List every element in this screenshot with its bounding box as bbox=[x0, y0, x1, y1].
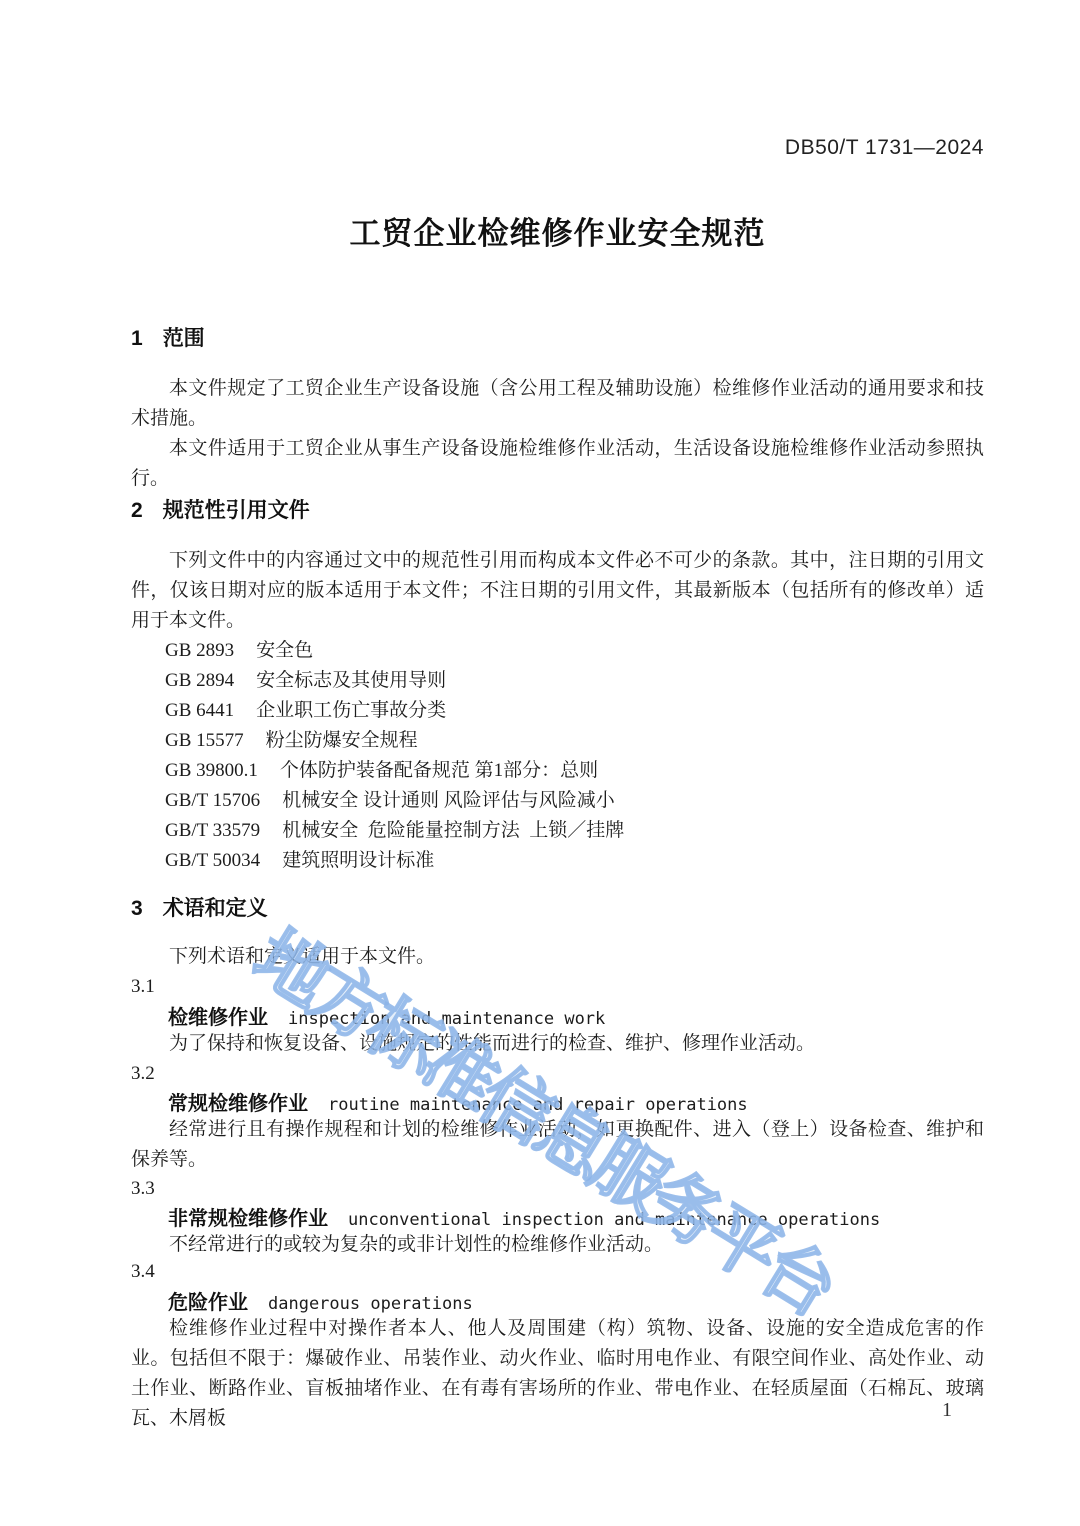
term-3-4-en: dangerous operations bbox=[268, 1294, 473, 1314]
normative-references-list: GB 2893安全色 GB 2894安全标志及其使用导则 GB 6441企业职工… bbox=[131, 636, 984, 876]
reference-item: GB 2894安全标志及其使用导则 bbox=[165, 666, 984, 696]
document-page: DB50/T 1731—2024 工贸企业检维修作业安全规范 1范围 本文件规定… bbox=[0, 0, 1080, 1526]
term-3-1-id: 3.1 bbox=[131, 974, 984, 1000]
term-3-1: 检维修作业inspection and maintenance work bbox=[131, 1001, 984, 1030]
reference-code: GB/T 33579 bbox=[165, 820, 260, 841]
term-3-4: 危险作业dangerous operations bbox=[131, 1286, 984, 1315]
reference-title: 安全标志及其使用导则 bbox=[256, 670, 446, 691]
reference-item: GB 15577粉尘防爆安全规程 bbox=[165, 726, 984, 756]
term-3-2-id: 3.2 bbox=[131, 1061, 984, 1087]
section-1-number: 1 bbox=[131, 327, 143, 350]
term-3-4-id: 3.4 bbox=[131, 1259, 984, 1285]
term-3-3-en: unconventional inspection and maintenanc… bbox=[348, 1210, 880, 1230]
section-3-heading: 3术语和定义 bbox=[131, 892, 984, 922]
term-3-2: 常规检维修作业routine maintenance and repair op… bbox=[131, 1087, 984, 1116]
section-2-heading: 2规范性引用文件 bbox=[131, 494, 984, 524]
section-2-title: 规范性引用文件 bbox=[163, 499, 310, 522]
term-3-3-id: 3.3 bbox=[131, 1176, 984, 1202]
reference-code: GB 15577 bbox=[165, 730, 244, 751]
term-3-1-zh: 检维修作业 bbox=[168, 1007, 268, 1029]
reference-title: 安全色 bbox=[256, 640, 313, 661]
reference-code: GB 39800.1 bbox=[165, 760, 258, 781]
reference-item: GB 6441企业职工伤亡事故分类 bbox=[165, 696, 984, 726]
reference-title: 机械安全 危险能量控制方法 上锁／挂牌 bbox=[282, 820, 624, 841]
reference-item: GB 39800.1个体防护装备配备规范 第1部分：总则 bbox=[165, 756, 984, 786]
section-1-paragraph-1: 本文件规定了工贸企业生产设备设施（含公用工程及辅助设施）检维修作业活动的通用要求… bbox=[131, 374, 984, 434]
reference-code: GB 2894 bbox=[165, 670, 234, 691]
term-3-2-en: routine maintenance and repair operation… bbox=[328, 1095, 748, 1115]
reference-title: 机械安全 设计通则 风险评估与风险减小 bbox=[282, 790, 615, 811]
reference-code: GB/T 50034 bbox=[165, 850, 260, 871]
section-3-title: 术语和定义 bbox=[163, 897, 268, 920]
reference-code: GB 2893 bbox=[165, 640, 234, 661]
section-1-heading: 1范围 bbox=[131, 322, 984, 352]
document-title: 工贸企业检维修作业安全规范 bbox=[131, 208, 984, 253]
reference-title: 个体防护装备配备规范 第1部分：总则 bbox=[280, 760, 598, 781]
term-3-2-zh: 常规检维修作业 bbox=[168, 1093, 308, 1115]
page-number: 1 bbox=[131, 1399, 984, 1422]
term-3-1-en: inspection and maintenance work bbox=[288, 1009, 605, 1029]
reference-title: 企业职工伤亡事故分类 bbox=[256, 700, 446, 721]
reference-item: GB 2893安全色 bbox=[165, 636, 984, 666]
section-2-number: 2 bbox=[131, 499, 143, 522]
reference-item: GB/T 15706机械安全 设计通则 风险评估与风险减小 bbox=[165, 786, 984, 816]
section-1-paragraph-2: 本文件适用于工贸企业从事生产设备设施检维修作业活动，生活设备设施检维修作业活动参… bbox=[131, 434, 984, 494]
term-3-3-zh: 非常规检维修作业 bbox=[168, 1208, 328, 1230]
term-3-3: 非常规检维修作业unconventional inspection and ma… bbox=[131, 1202, 984, 1231]
reference-item: GB/T 50034建筑照明设计标准 bbox=[165, 846, 984, 876]
reference-title: 粉尘防爆安全规程 bbox=[266, 730, 418, 751]
section-3-intro: 下列术语和定义适用于本文件。 bbox=[131, 942, 984, 972]
section-1-title: 范围 bbox=[163, 327, 205, 350]
reference-code: GB 6441 bbox=[165, 700, 234, 721]
term-3-1-definition: 为了保持和恢复设备、设施规定的性能而进行的检查、维护、修理作业活动。 bbox=[131, 1029, 984, 1059]
section-2-paragraph: 下列文件中的内容通过文中的规范性引用而构成本文件必不可少的条款。其中，注日期的引… bbox=[131, 546, 984, 636]
document-number: DB50/T 1731—2024 bbox=[131, 136, 984, 160]
reference-code: GB/T 15706 bbox=[165, 790, 260, 811]
reference-item: GB/T 33579机械安全 危险能量控制方法 上锁／挂牌 bbox=[165, 816, 984, 846]
term-3-4-zh: 危险作业 bbox=[168, 1292, 248, 1314]
reference-title: 建筑照明设计标准 bbox=[282, 850, 434, 871]
term-3-2-definition: 经常进行且有操作规程和计划的检维修作业活动，如更换配件、进入（登上）设备检查、维… bbox=[131, 1115, 984, 1175]
section-3-number: 3 bbox=[131, 897, 143, 920]
term-3-3-definition: 不经常进行的或较为复杂的或非计划性的检维修作业活动。 bbox=[131, 1230, 984, 1260]
